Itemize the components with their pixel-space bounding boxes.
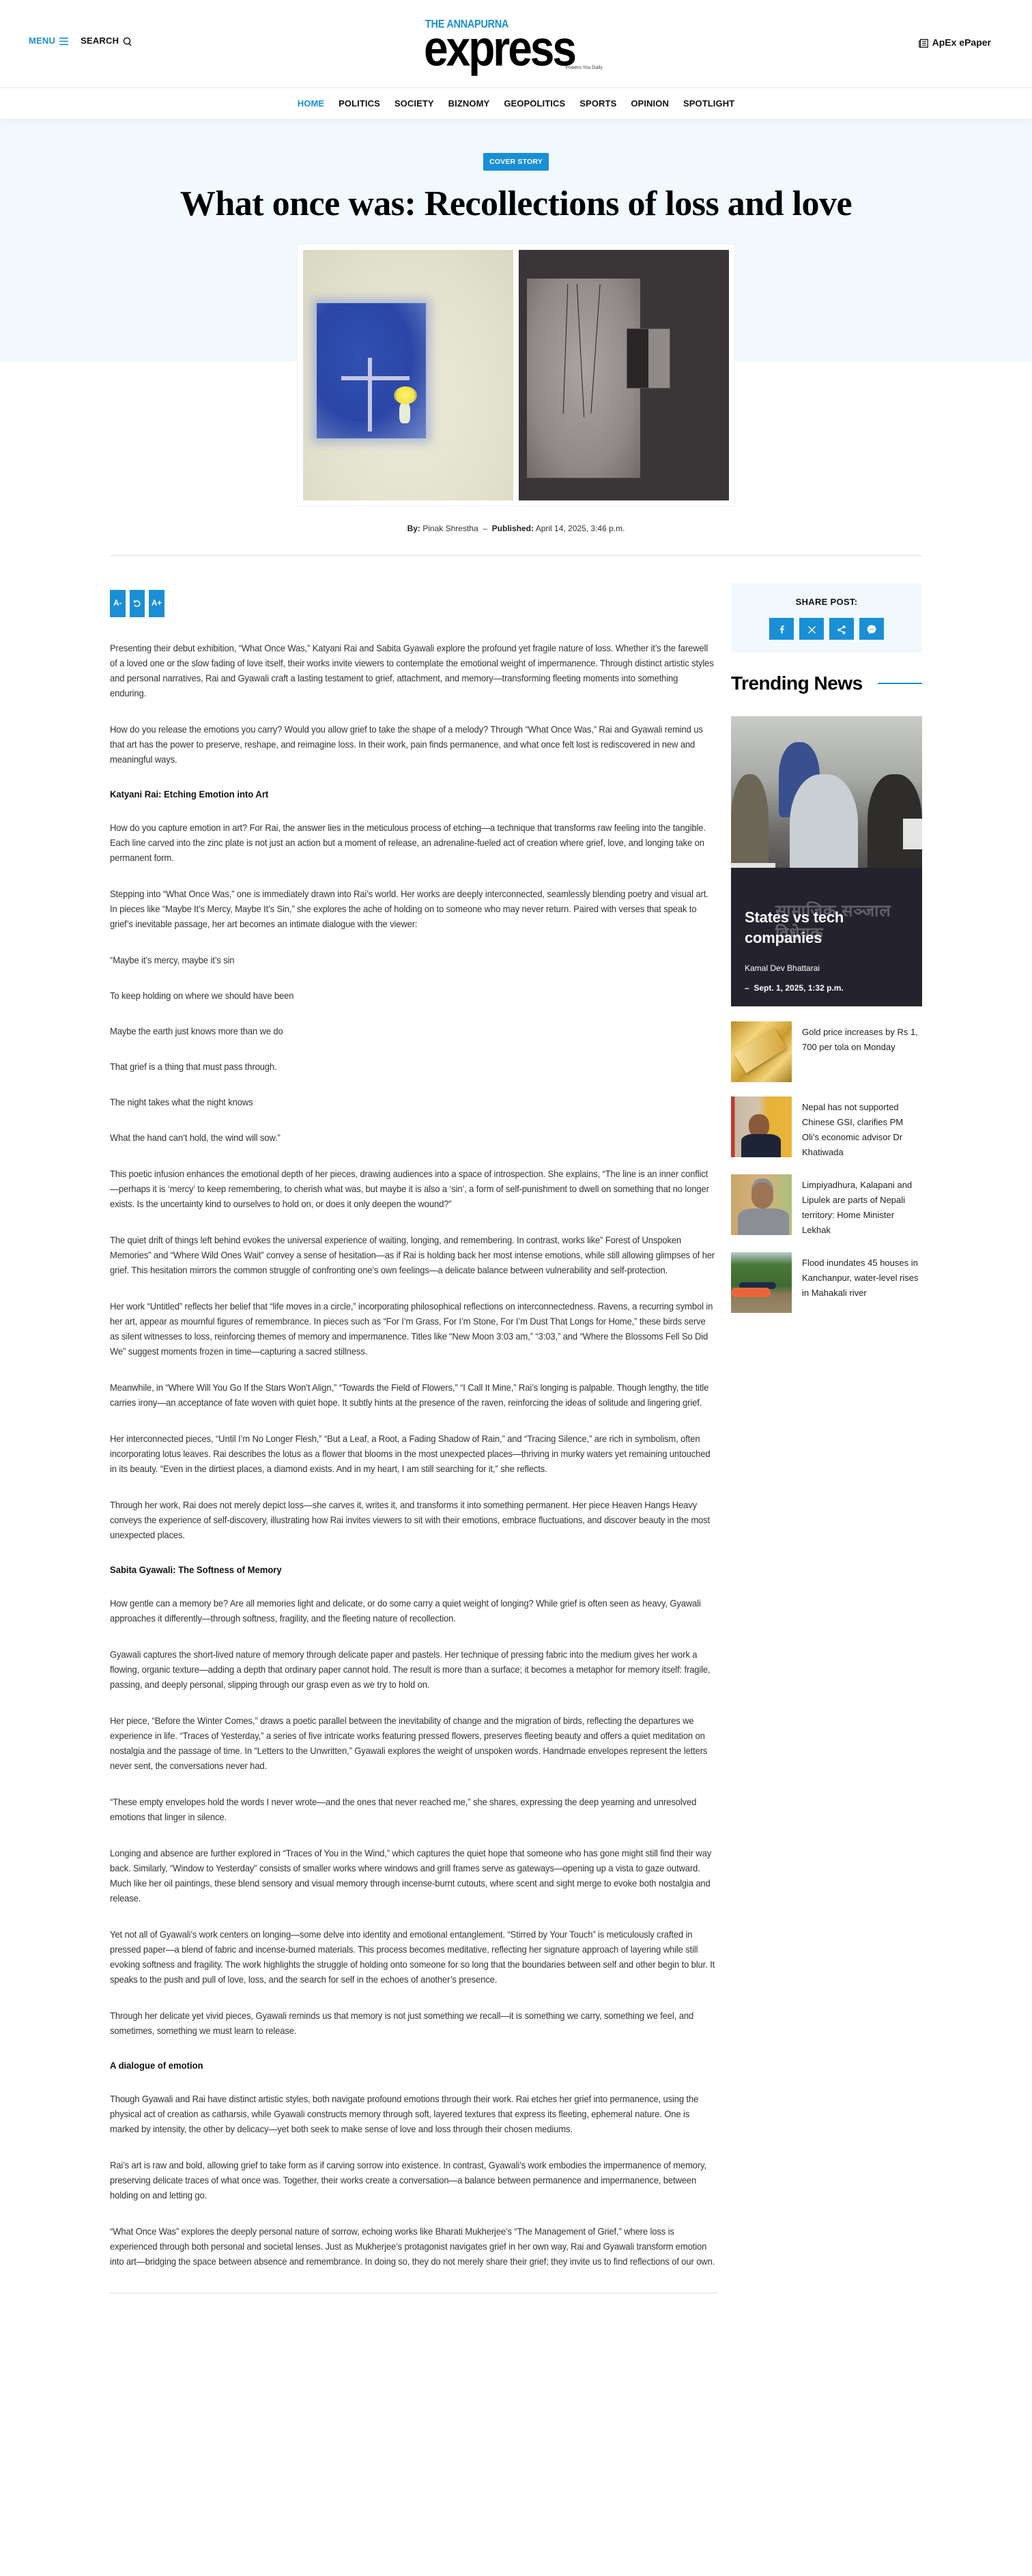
font-reset-button[interactable]: [130, 590, 145, 617]
nav-item-politics[interactable]: POLITICS: [332, 98, 388, 109]
epaper-link[interactable]: ApEx ePaper: [919, 37, 991, 48]
share-x-button[interactable]: [799, 618, 824, 640]
verse-line: To keep holding on where we should have …: [110, 989, 717, 1004]
artwork-window-painting: [303, 250, 513, 500]
trending-item-title: Limpiyadhura, Kalapani and Lipulek are p…: [802, 1174, 922, 1238]
site-logo[interactable]: THE ANNAPURNA express Powers You Daily: [424, 19, 608, 70]
article-hero: COVER STORY What once was: Recollections…: [0, 119, 1032, 556]
nav-item-geopolitics[interactable]: GEOPOLITICS: [497, 98, 573, 109]
nav-item-opinion[interactable]: OPINION: [624, 98, 676, 109]
font-size-tools: A- A+: [110, 590, 717, 617]
hamburger-icon: [59, 36, 68, 46]
article-paragraph: Her piece, “Before the Winter Comes,” dr…: [110, 1714, 717, 1774]
reset-icon: [133, 599, 141, 608]
section-heading: A dialogue of emotion: [110, 2061, 693, 2071]
byline-separator: –: [483, 524, 487, 533]
facebook-icon: [779, 624, 784, 634]
article-paragraph: How do you release the emotions you carr…: [110, 722, 717, 767]
article-paragraph: How do you capture emotion in art? For R…: [110, 821, 717, 866]
artwork-etching: [519, 250, 729, 500]
menu-label: MENU: [29, 36, 55, 46]
article-body: A- A+ Presenting their debut exhibition,…: [110, 583, 717, 2293]
search-label: SEARCH: [81, 36, 119, 46]
hero-divider: [110, 555, 922, 556]
published-label: Published:: [492, 524, 534, 533]
nav-item-biznomy[interactable]: BIZNOMY: [441, 98, 497, 109]
featured-date: – Sept. 1, 2025, 1:32 p.m.: [745, 983, 844, 993]
nav-item-spotlight[interactable]: SPOTLIGHT: [676, 98, 741, 109]
font-decrease-button[interactable]: A-: [110, 590, 126, 617]
byline-label: By:: [407, 524, 420, 533]
font-increase-button[interactable]: A+: [149, 590, 164, 617]
sidebar: SHARE POST:: [731, 583, 922, 2293]
trending-heading: Trending News: [731, 673, 922, 694]
verse-line: What the hand can’t hold, the wind will …: [110, 1131, 717, 1146]
trending-thumbnail: [731, 1021, 792, 1082]
x-icon: [808, 624, 816, 634]
verse-line: The night takes what the night knows: [110, 1095, 717, 1110]
category-badge[interactable]: COVER STORY: [483, 153, 549, 171]
featured-title: States vs tech companies: [745, 907, 922, 948]
site-header: MENU SEARCH THE ANNAPURNA express Powers…: [0, 0, 1032, 119]
share-icon: [837, 623, 846, 634]
article-paragraph: The quiet drift of things left behind ev…: [110, 1233, 717, 1278]
article-paragraph: “These empty envelopes hold the words I …: [110, 1795, 717, 1825]
logo-main-text: express: [424, 30, 608, 66]
share-box: SHARE POST:: [731, 583, 922, 653]
article-paragraph: “What Once Was” explores the deeply pers…: [110, 2224, 717, 2269]
trending-thumbnail: [731, 1174, 792, 1235]
trending-title: Trending News: [731, 673, 863, 694]
epaper-label: ApEx ePaper: [932, 37, 991, 48]
search-button[interactable]: SEARCH: [81, 36, 132, 46]
article-paragraph: Presenting their debut exhibition, “What…: [110, 641, 717, 701]
trending-item-title: Nepal has not supported Chinese GSI, cla…: [802, 1096, 922, 1160]
article-paragraph: This poetic infusion enhances the emotio…: [110, 1167, 717, 1212]
search-icon: [123, 36, 132, 46]
trending-featured-card[interactable]: सामाजिक सञ्जाल विधेयक States vs tech com…: [731, 716, 922, 1006]
article-paragraph: Yet not all of Gyawali’s work centers on…: [110, 1927, 717, 1987]
featured-author: Kamal Dev Bhattarai: [745, 963, 820, 973]
verse-line: Maybe the earth just knows more than we …: [110, 1024, 717, 1039]
article-paragraph: Rai’s art is raw and bold, allowing grie…: [110, 2158, 717, 2203]
main-nav: HOME POLITICS SOCIETY BIZNOMY GEOPOLITIC…: [0, 87, 1032, 119]
article-paragraph: Her work “Untitled” reflects her belief …: [110, 1299, 717, 1359]
trending-item-title: Flood inundates 45 houses in Kanchanpur,…: [802, 1252, 922, 1313]
content-area: A- A+ Presenting their debut exhibition,…: [110, 556, 922, 2293]
article-paragraph: Gyawali captures the short-lived nature …: [110, 1647, 717, 1693]
article-paragraph: Her interconnected pieces, “Until I’m No…: [110, 1432, 717, 1477]
trending-item[interactable]: Limpiyadhura, Kalapani and Lipulek are p…: [731, 1174, 922, 1238]
trending-item[interactable]: Gold price increases by Rs 1, 700 per to…: [731, 1021, 922, 1082]
article-paragraph: Though Gyawali and Rai have distinct art…: [110, 2092, 717, 2137]
trending-accent-line: [878, 683, 922, 684]
nav-item-home[interactable]: HOME: [290, 98, 331, 109]
hero-image: [298, 244, 734, 506]
article-paragraph: Through her work, Rai does not merely de…: [110, 1498, 717, 1543]
trending-item[interactable]: Flood inundates 45 houses in Kanchanpur,…: [731, 1252, 922, 1313]
article-end-divider: [110, 2293, 717, 2293]
share-title: SHARE POST:: [731, 597, 922, 607]
trending-thumbnail: [731, 1252, 792, 1313]
article-paragraph: Longing and absence are further explored…: [110, 1846, 717, 1906]
trending-list: Gold price increases by Rs 1, 700 per to…: [731, 1021, 922, 1313]
share-messenger-button[interactable]: [859, 618, 884, 640]
verse-line: That grief is a thing that must pass thr…: [110, 1060, 717, 1075]
verse-line: “Maybe it’s mercy, maybe it’s sin: [110, 953, 717, 968]
top-bar: MENU SEARCH THE ANNAPURNA express Powers…: [0, 0, 1032, 87]
published-date: April 14, 2025, 3:46 p.m.: [536, 524, 625, 533]
section-heading: Sabita Gyawali: The Softness of Memory: [110, 1565, 693, 1575]
header-left-actions: MENU SEARCH: [29, 36, 132, 46]
article-paragraph: How gentle can a memory be? Are all memo…: [110, 1596, 717, 1626]
article-paragraph: Meanwhile, in “Where Will You Go If the …: [110, 1381, 717, 1411]
trending-item-title: Gold price increases by Rs 1, 700 per to…: [802, 1021, 922, 1082]
menu-button[interactable]: MENU: [29, 36, 68, 46]
article-byline: By: Pinak Shrestha – Published: April 14…: [0, 524, 1032, 533]
share-facebook-button[interactable]: [769, 618, 794, 640]
article-paragraph: Stepping into “What Once Was,” one is im…: [110, 887, 717, 932]
trending-thumbnail: [731, 1096, 792, 1157]
newspaper-icon: [919, 37, 928, 48]
share-generic-button[interactable]: [829, 618, 854, 640]
messenger-icon: [867, 623, 876, 634]
share-buttons: [731, 618, 922, 640]
section-heading: Katyani Rai: Etching Emotion into Art: [110, 789, 693, 799]
trending-item[interactable]: Nepal has not supported Chinese GSI, cla…: [731, 1096, 922, 1160]
author-link[interactable]: Pinak Shrestha: [422, 524, 478, 533]
article-paragraph: Through her delicate yet vivid pieces, G…: [110, 2009, 717, 2039]
nav-item-society[interactable]: SOCIETY: [387, 98, 441, 109]
nav-item-sports[interactable]: SPORTS: [573, 98, 624, 109]
article-title: What once was: Recollections of loss and…: [0, 183, 1032, 225]
